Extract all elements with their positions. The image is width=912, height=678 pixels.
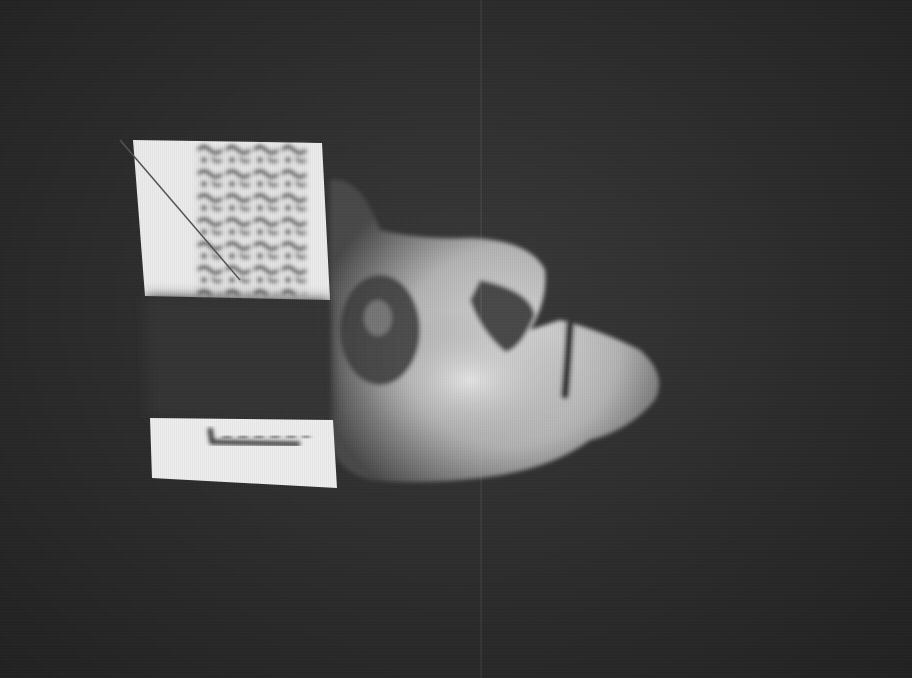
photograph: Grainy black-and-white photograph of a f…: [0, 0, 912, 678]
film-grain: [0, 0, 912, 678]
